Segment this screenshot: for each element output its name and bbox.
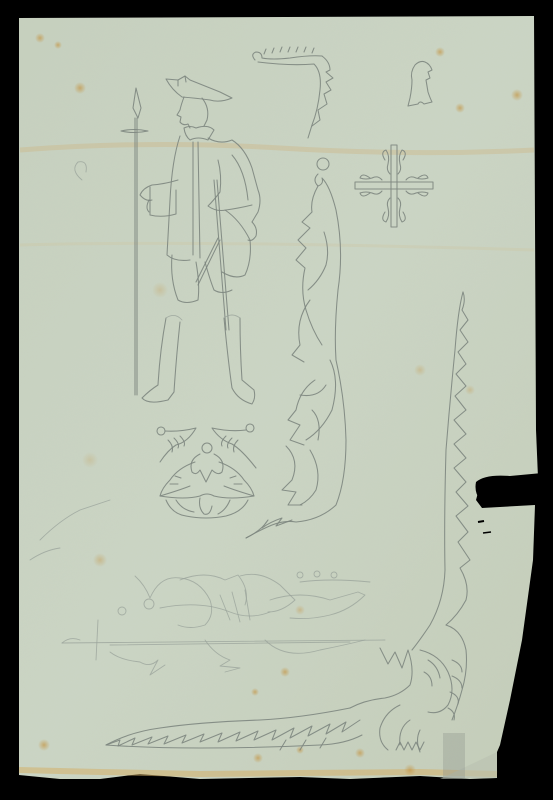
scan-background bbox=[0, 0, 553, 800]
torn-edge-notch bbox=[476, 472, 553, 506]
faint-stamp-mark bbox=[443, 733, 465, 779]
paper-sheet bbox=[19, 16, 553, 779]
artwork-canvas bbox=[0, 0, 553, 800]
